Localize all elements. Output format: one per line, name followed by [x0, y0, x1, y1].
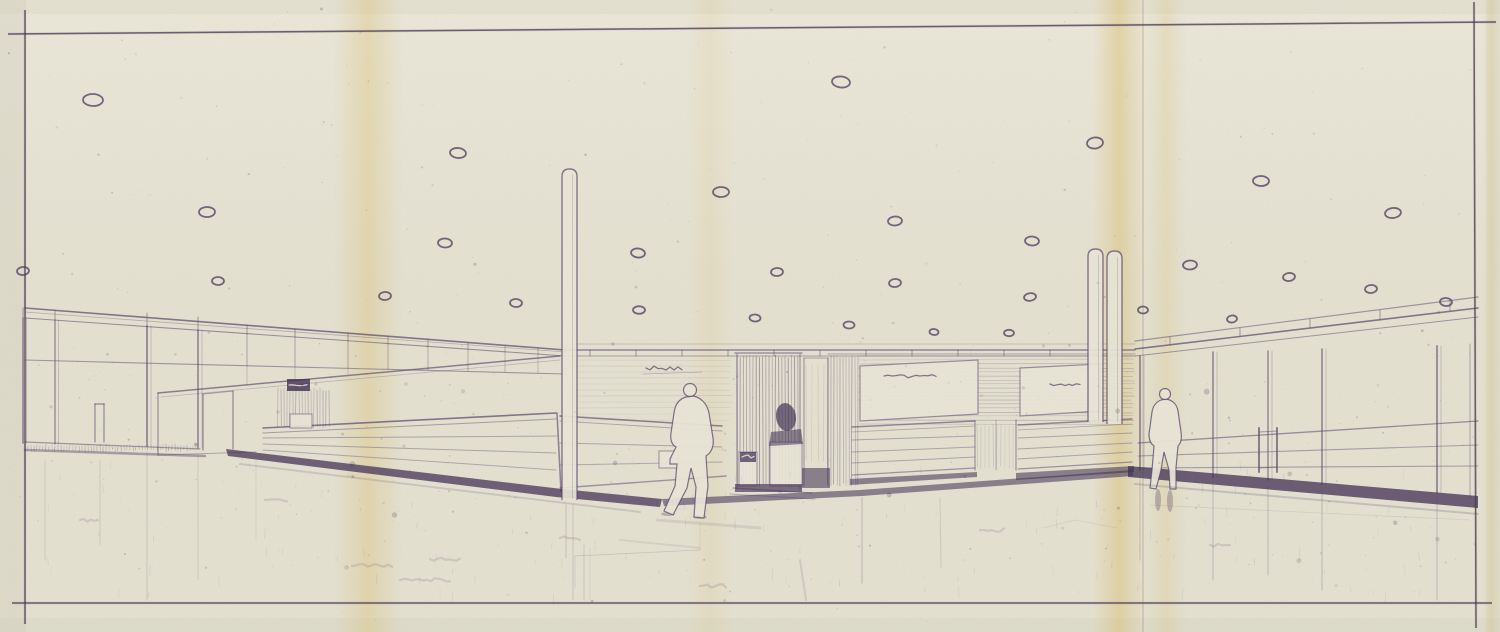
perspective-sketch-canvas	[0, 0, 1500, 632]
scanned-architectural-sketch	[0, 0, 1500, 632]
